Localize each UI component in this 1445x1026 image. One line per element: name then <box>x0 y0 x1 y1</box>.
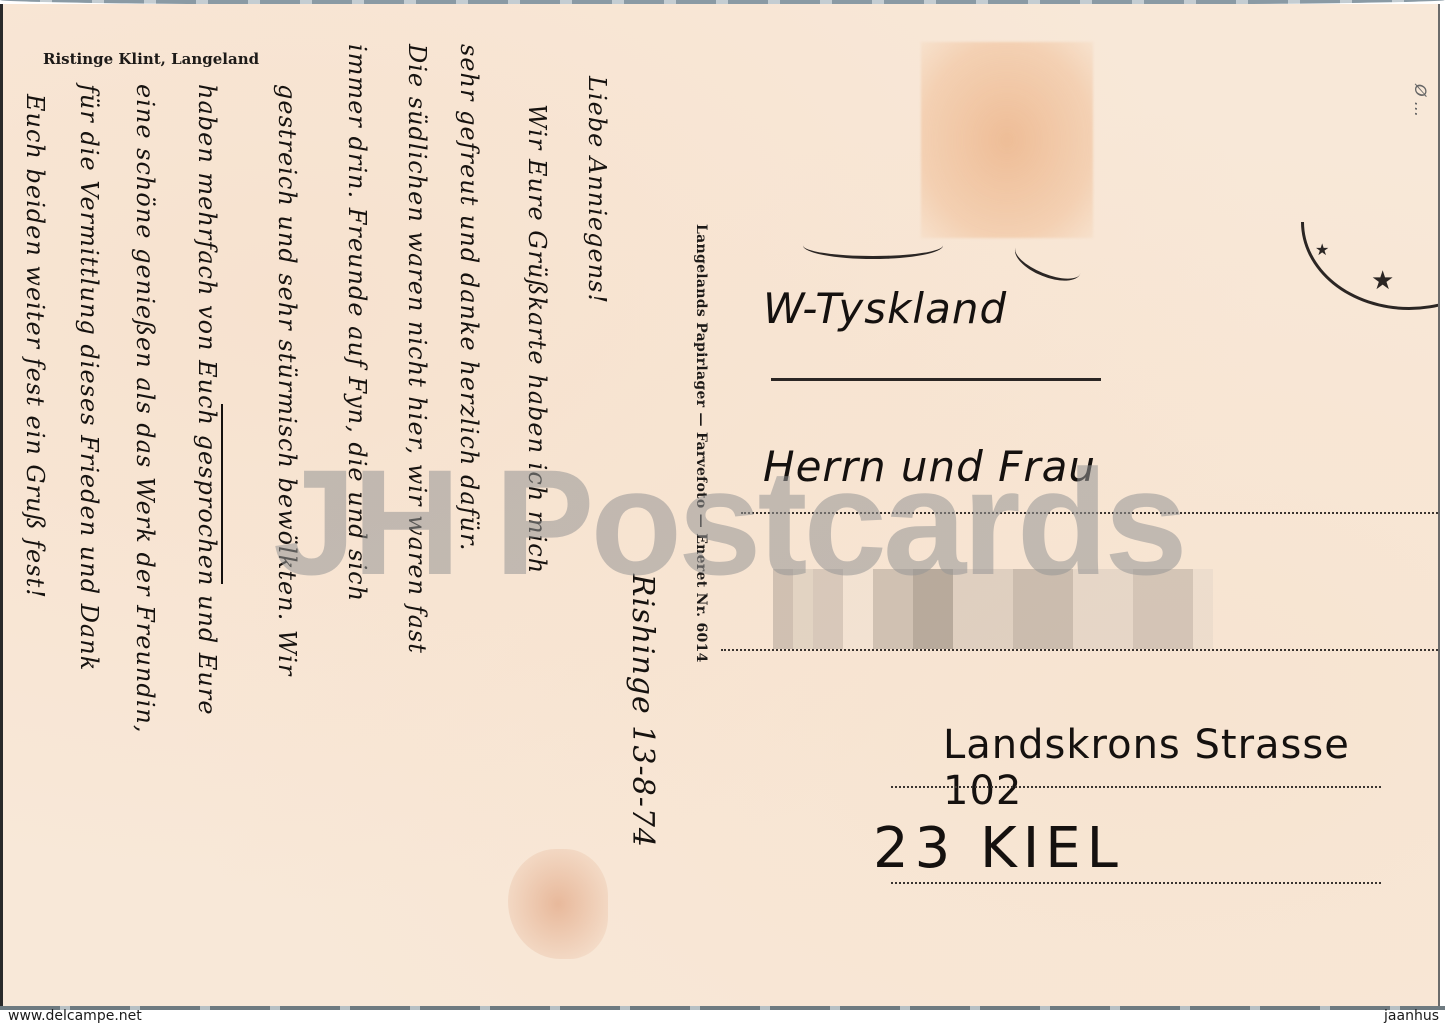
pencil-note: Ø ... <box>1411 84 1430 117</box>
postmark-wave <box>803 232 943 259</box>
handwritten-underline <box>221 404 223 584</box>
postcard-back: Ristinge Klint, Langeland Langelands Pap… <box>0 4 1440 1009</box>
address-line <box>741 512 1440 514</box>
postmark-star-icon: ★ <box>1371 266 1394 296</box>
message-line: Liebe Anniegens! <box>583 76 611 304</box>
message-line: sehr gefreut und danke herzlich dafür. <box>455 44 483 551</box>
postmark-star-icon: ★ <box>1315 240 1329 259</box>
message-line: für die Vermittlung dieses Frieden und D… <box>75 84 103 671</box>
message-line: Die südlichen waren nicht hier, wir ware… <box>403 44 431 654</box>
message-line: haben mehrfach von Euch gesprochen und E… <box>193 84 221 716</box>
message-line: gestreich und sehr stürmisch bewölkten. … <box>273 84 301 676</box>
message-line: immer drin. Freunde auf Fyn, die und sic… <box>343 44 371 602</box>
place-date: Rishinge 13-8-74 <box>625 574 660 848</box>
address-line <box>721 649 1440 651</box>
address-recipient: Herrn und Frau <box>763 442 1096 491</box>
address-city: 23 KIEL <box>873 816 1124 881</box>
publisher-line: Langelands Papirlager — Farvefoto — Ener… <box>693 224 709 663</box>
redacted-name <box>773 569 1213 649</box>
address-country-underline <box>771 378 1101 381</box>
missing-stamp-residue <box>921 42 1093 238</box>
printed-caption: Ristinge Klint, Langeland <box>43 50 259 68</box>
address-line <box>891 786 1381 788</box>
postmark-wave <box>1009 232 1086 289</box>
message-line: Wir Eure Grüßkarte haben ich mich <box>523 104 551 574</box>
source-credit-left: www.delcampe.net <box>8 1008 142 1024</box>
address-country: W-Tyskland <box>763 284 1007 333</box>
address-line <box>891 882 1381 884</box>
paper-stain <box>508 849 608 959</box>
source-credit-right: jaanhus <box>1384 1008 1439 1024</box>
message-line: Euch beiden weiter fest ein Gruß fest! <box>21 94 49 599</box>
address-street: Landskrons Strasse 102 <box>943 722 1438 814</box>
message-line: eine schöne genießen als das Werk der Fr… <box>131 84 159 733</box>
postcard-bottom-edge <box>0 1006 1445 1010</box>
